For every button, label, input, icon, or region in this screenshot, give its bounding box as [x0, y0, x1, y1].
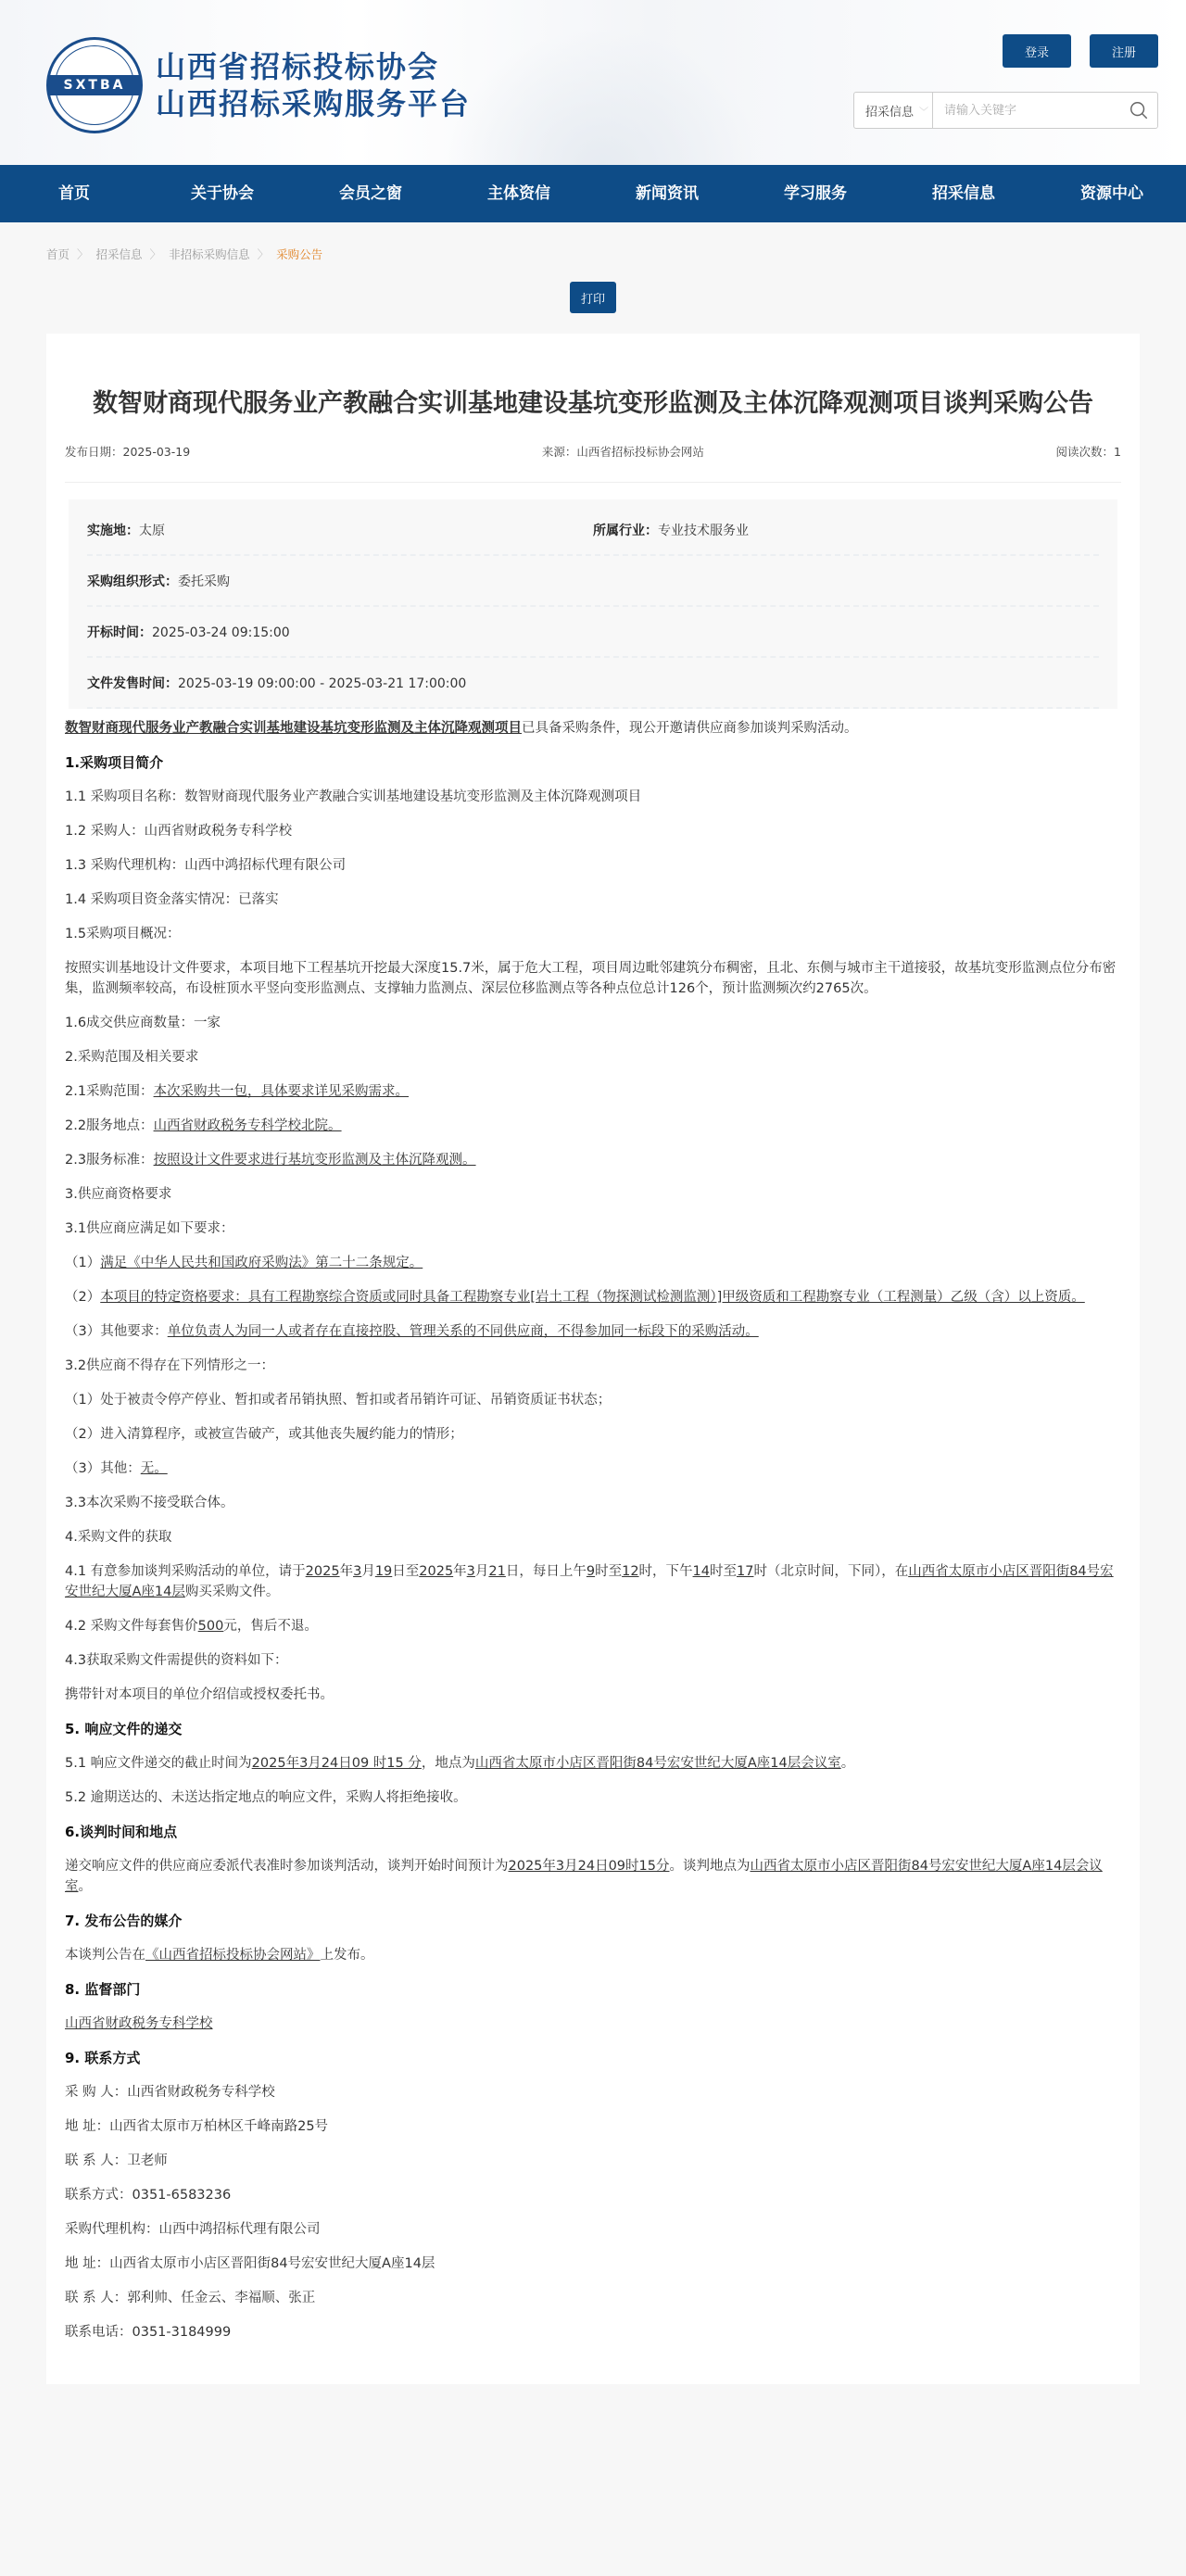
value: 14 — [693, 1564, 710, 1579]
value: 无。 — [141, 1461, 168, 1476]
value: 山西省财政税务专科学校 — [65, 2016, 213, 2031]
breadcrumb-current: 采购公告 — [276, 246, 322, 262]
search-category-select[interactable]: 招采信息 ﹀ — [854, 93, 933, 128]
paragraph: 3.3本次采购不接受联合体。 — [65, 1493, 1121, 1513]
value: 3 — [467, 1564, 475, 1579]
publish-date-label: 发布日期： — [65, 445, 123, 459]
text: 日，每日上午 — [506, 1564, 587, 1579]
text: 本谈判公告在 — [65, 1948, 145, 1963]
value: 本次采购共一包，具体要求详见采购需求。 — [154, 1084, 410, 1099]
label: （1） — [65, 1256, 100, 1270]
label: 2.1采购范围： — [65, 1084, 154, 1099]
paragraph: 3.2供应商不得存在下列情形之一： — [65, 1356, 1121, 1376]
paragraph: 5.1 响应文件递交的截止时间为2025年3月24日09 时15 分，地点为山西… — [65, 1753, 1121, 1774]
article-meta: 发布日期：2025-03-19 来源：山西省招标投标协会网站 阅读次数：1 — [65, 443, 1121, 483]
value: 2025 — [306, 1564, 340, 1579]
text: 时，下午 — [639, 1564, 693, 1579]
paragraph: 3.1供应商应满足如下要求： — [65, 1219, 1121, 1239]
breadcrumb-home[interactable]: 首页 — [46, 246, 69, 262]
text: 。 — [79, 1879, 93, 1894]
info-value: 太原 — [139, 524, 165, 538]
text: 递交响应文件的供应商应委派代表准时参加谈判活动，谈判开始时间预计为 — [65, 1859, 509, 1874]
paragraph: 4.2 采购文件每套售价500元，售后不退。 — [65, 1616, 1121, 1636]
source-label: 来源： — [542, 445, 577, 459]
print-button[interactable]: 打印 — [570, 282, 616, 313]
source: 来源：山西省招标投标协会网站 — [542, 443, 704, 460]
value: 2025年3月24日09 时15 分 — [252, 1756, 422, 1771]
breadcrumb-procurement-info[interactable]: 招采信息 — [96, 246, 143, 262]
contact-line: 联系方式：0351-6583236 — [65, 2185, 1121, 2205]
info-label: 实施地： — [87, 524, 139, 538]
text: 时（北京时间，下同），在 — [753, 1564, 908, 1579]
value: 按照设计文件要求进行基坑变形监测及主体沉降观测。 — [154, 1153, 476, 1168]
section-heading: 5. 响应文件的递交 — [65, 1719, 1121, 1739]
text: 5.1 响应文件递交的截止时间为 — [65, 1756, 252, 1771]
label: （3）其他要求： — [65, 1324, 168, 1339]
nav-item-credit[interactable]: 主体资信 — [445, 165, 593, 222]
register-button[interactable]: 注册 — [1090, 34, 1158, 68]
search-input[interactable] — [933, 104, 1120, 118]
contact-line: 联 系 人：卫老师 — [65, 2151, 1121, 2171]
logo-badge-icon: SXTBA — [46, 37, 143, 133]
breadcrumb: 首页 〉 招采信息 〉 非招标采购信息 〉 采购公告 — [0, 222, 1186, 271]
paragraph: 1.1 采购项目名称：数智财商现代服务业产教融合实训基地建设基坑变形监测及主体沉… — [65, 787, 1121, 807]
paragraph: 1.6成交供应商数量：一家 — [65, 1013, 1121, 1033]
chevron-down-icon: ﹀ — [919, 104, 928, 118]
paragraph: （2）进入清算程序，或被宣告破产，或其他丧失履约能力的情形； — [65, 1424, 1121, 1445]
text: 。 — [841, 1756, 855, 1771]
text: 月 — [475, 1564, 489, 1579]
source-value: 山西省招标投标协会网站 — [576, 445, 704, 459]
page-bottom-spacer — [0, 2384, 1186, 2401]
text: ，地点为 — [422, 1756, 475, 1771]
login-button[interactable]: 登录 — [1003, 34, 1071, 68]
contact-line: 采 购 人：山西省财政税务专科学校 — [65, 2082, 1121, 2102]
paragraph: 1.3 采购代理机构：山西中鸿招标代理有限公司 — [65, 855, 1121, 876]
intro-paragraph: 数智财商现代服务业产教融合实训基地建设基坑变形监测及主体沉降观测项目已具备采购条… — [65, 718, 1121, 739]
site-title-line1: 山西省招标投标协会 — [156, 48, 471, 85]
info-row: 开标时间：2025-03-24 09:15:00 — [87, 607, 1099, 658]
text: 年 — [453, 1564, 467, 1579]
section-heading: 6.谈判时间和地点 — [65, 1822, 1121, 1842]
paragraph: 本谈判公告在《山西省招标投标协会网站》上发布。 — [65, 1945, 1121, 1965]
label: 2.2服务地点： — [65, 1118, 154, 1133]
chevron-right-icon: 〉 — [150, 246, 162, 262]
text: 时至 — [595, 1564, 622, 1579]
info-location: 实施地：太原 — [87, 521, 593, 539]
article: 数智财商现代服务业产教融合实训基地建设基坑变形监测及主体沉降观测项目谈判采购公告… — [46, 334, 1140, 2384]
section-heading: 8. 监督部门 — [65, 1979, 1121, 2000]
paragraph: （3）其他：无。 — [65, 1458, 1121, 1479]
nav-item-procurement[interactable]: 招采信息 — [889, 165, 1038, 222]
paragraph: （1）处于被责令停产停业、暂扣或者吊销执照、暂扣或者吊销许可证、吊销资质证书状态… — [65, 1390, 1121, 1410]
info-open-time: 开标时间：2025-03-24 09:15:00 — [87, 623, 1099, 641]
info-org-form: 采购组织形式：委托采购 — [87, 572, 1099, 590]
info-label: 开标时间： — [87, 625, 152, 640]
value: 19 — [375, 1564, 392, 1579]
article-body: 数智财商现代服务业产教融合实训基地建设基坑变形监测及主体沉降观测项目已具备采购条… — [65, 718, 1121, 2342]
page-title: 数智财商现代服务业产教融合实训基地建设基坑变形监测及主体沉降观测项目谈判采购公告 — [65, 334, 1121, 423]
info-value: 委托采购 — [178, 575, 230, 589]
site-header: SXTBA 山西省招标投标协会 山西招标采购服务平台 登录 注册 招采信息 ﹀ — [0, 0, 1186, 165]
search-button[interactable] — [1120, 100, 1157, 120]
paragraph: 携带针对本项目的单位介绍信或授权委托书。 — [65, 1685, 1121, 1705]
text: 上发布。 — [321, 1948, 374, 1963]
text: 购买采购文件。 — [185, 1585, 280, 1599]
info-row: 采购组织形式：委托采购 — [87, 556, 1099, 607]
paragraph: 1.2 采购人：山西省财政税务专科学校 — [65, 821, 1121, 841]
value: 2025 — [419, 1564, 453, 1579]
section-heading: 9. 联系方式 — [65, 2048, 1121, 2068]
section-heading: 2.采购范围及相关要求 — [65, 1047, 1121, 1067]
section-heading: 1.采购项目简介 — [65, 752, 1121, 773]
value: 12 — [622, 1564, 638, 1579]
label: （2） — [65, 1290, 100, 1305]
value: 21 — [488, 1564, 505, 1579]
paragraph: 按照实训基地设计文件要求，本项目地下工程基坑开挖最大深度15.7米，属于危大工程… — [65, 958, 1121, 999]
contact-line: 采购代理机构：山西中鸿招标代理有限公司 — [65, 2219, 1121, 2240]
chevron-right-icon: 〉 — [77, 246, 89, 262]
label: （3）其他： — [65, 1461, 141, 1476]
label: 2.3服务标准： — [65, 1153, 154, 1168]
info-row: 文件发售时间：2025-03-19 09:00:00 - 2025-03-21 … — [87, 658, 1099, 709]
paragraph: 2.3服务标准：按照设计文件要求进行基坑变形监测及主体沉降观测。 — [65, 1150, 1121, 1170]
info-label: 所属行业： — [593, 524, 658, 538]
paragraph: 2.2服务地点：山西省财政税务专科学校北院。 — [65, 1116, 1121, 1136]
info-label: 采购组织形式： — [87, 575, 178, 589]
view-count: 阅读次数：1 — [1056, 443, 1121, 460]
intro-project-name: 数智财商现代服务业产教融合实训基地建设基坑变形监测及主体沉降观测项目 — [65, 721, 522, 736]
paragraph: 山西省财政税务专科学校 — [65, 2014, 1121, 2034]
paragraph: 4.3获取采购文件需提供的资料如下： — [65, 1650, 1121, 1671]
logo-text: 山西省招标投标协会 山西招标采购服务平台 — [156, 48, 471, 122]
search-bar: 招采信息 ﹀ — [853, 92, 1158, 129]
paragraph: （1）满足《中华人民共和国政府采购法》第二十二条规定。 — [65, 1253, 1121, 1273]
text: 元，售后不退。 — [223, 1619, 318, 1634]
section-heading: 7. 发布公告的媒介 — [65, 1911, 1121, 1931]
value: 单位负责人为同一人或者存在直接控股、管理关系的不同供应商，不得参加同一标段下的采… — [168, 1324, 759, 1339]
paragraph: 1.4 采购项目资金落实情况：已落实 — [65, 890, 1121, 910]
text: 。谈判地点为 — [669, 1859, 750, 1874]
info-value: 专业技术服务业 — [658, 524, 749, 538]
section-heading: 3.供应商资格要求 — [65, 1184, 1121, 1205]
intro-rest: 已具备采购条件，现公开邀请供应商参加谈判采购活动。 — [522, 721, 858, 736]
search-icon — [1129, 100, 1149, 120]
nav-item-news[interactable]: 新闻资讯 — [593, 165, 741, 222]
info-row: 实施地：太原 所属行业：专业技术服务业 — [87, 505, 1099, 556]
value: 山西省财政税务专科学校北院。 — [154, 1118, 342, 1133]
text: 年 — [340, 1564, 354, 1579]
logo-abbr: SXTBA — [49, 75, 140, 95]
paragraph: （3）其他要求：单位负责人为同一人或者存在直接控股、管理关系的不同供应商，不得参… — [65, 1321, 1121, 1342]
value: 本项目的特定资格要求：具有工程勘察综合资质或同时具备工程勘察专业[岩土工程（物探… — [100, 1290, 1085, 1305]
contact-line: 地 址：山西省太原市小店区晋阳街84号宏安世纪大厦A座14层 — [65, 2254, 1121, 2274]
nav-item-resources[interactable]: 资源中心 — [1038, 165, 1186, 222]
nav-item-about[interactable]: 关于协会 — [148, 165, 296, 222]
publish-date: 发布日期：2025-03-19 — [65, 443, 190, 460]
info-value: 2025-03-19 09:00:00 - 2025-03-21 17:00:0… — [178, 676, 466, 691]
value: 《山西省招标投标协会网站》 — [145, 1948, 321, 1963]
publish-date-value: 2025-03-19 — [123, 445, 191, 459]
main-nav: 首页 关于协会 会员之窗 主体资信 新闻资讯 学习服务 招采信息 资源中心 — [0, 165, 1186, 222]
chevron-right-icon: 〉 — [258, 246, 270, 262]
text: 日至 — [392, 1564, 419, 1579]
paragraph: 4.1 有意参加谈判采购活动的单位，请于2025年3月19日至2025年3月21… — [65, 1561, 1121, 1602]
value: 17 — [737, 1564, 753, 1579]
info-box: 实施地：太原 所属行业：专业技术服务业 采购组织形式：委托采购 开标时间：202… — [69, 499, 1117, 709]
view-count-value: 1 — [1114, 445, 1121, 459]
search-category-label: 招采信息 — [865, 102, 914, 120]
site-title-line2: 山西招标采购服务平台 — [156, 85, 471, 122]
contact-line: 联 系 人：郭利帅、任金云、李福顺、张正 — [65, 2288, 1121, 2308]
info-sale-time: 文件发售时间：2025-03-19 09:00:00 - 2025-03-21 … — [87, 674, 1099, 692]
text: 时至 — [710, 1564, 737, 1579]
paragraph: 5.2 逾期送达的、未送达指定地点的响应文件，采购人将拒绝接收。 — [65, 1787, 1121, 1808]
value: 9 — [587, 1564, 595, 1579]
contact-line: 地 址：山西省太原市万柏林区千峰南路25号 — [65, 2116, 1121, 2137]
value: 2025年3月24日09时15分 — [509, 1859, 670, 1874]
contact-line: 联系电话：0351-3184999 — [65, 2322, 1121, 2342]
value: 满足《中华人民共和国政府采购法》第二十二条规定。 — [100, 1256, 423, 1270]
nav-item-members[interactable]: 会员之窗 — [296, 165, 445, 222]
value: 山西省太原市小店区晋阳街84号宏安世纪大厦A座14层会议室 — [475, 1756, 841, 1771]
text: 4.1 有意参加谈判采购活动的单位，请于 — [65, 1564, 306, 1579]
info-label: 文件发售时间： — [87, 676, 178, 691]
info-value: 2025-03-24 09:15:00 — [152, 625, 290, 640]
paragraph: 2.1采购范围：本次采购共一包，具体要求详见采购需求。 — [65, 1081, 1121, 1102]
nav-item-learning[interactable]: 学习服务 — [741, 165, 889, 222]
info-industry: 所属行业：专业技术服务业 — [593, 521, 1099, 539]
text: 月 — [361, 1564, 375, 1579]
value: 3 — [353, 1564, 361, 1579]
breadcrumb-non-tender[interactable]: 非招标采购信息 — [169, 246, 250, 262]
nav-item-home[interactable]: 首页 — [0, 165, 148, 222]
paragraph: 递交响应文件的供应商应委派代表准时参加谈判活动，谈判开始时间预计为2025年3月… — [65, 1856, 1121, 1897]
text: 4.2 采购文件每套售价 — [65, 1619, 198, 1634]
value: 500 — [198, 1619, 224, 1634]
section-heading: 4.采购文件的获取 — [65, 1527, 1121, 1547]
print-bar: 打印 — [0, 271, 1186, 334]
view-count-label: 阅读次数： — [1056, 445, 1115, 459]
auth-buttons: 登录 注册 — [1003, 34, 1158, 68]
paragraph: 1.5采购项目概况： — [65, 924, 1121, 944]
paragraph: （2）本项目的特定资格要求：具有工程勘察综合资质或同时具备工程勘察专业[岩土工程… — [65, 1287, 1121, 1307]
header-background-art — [445, 28, 760, 165]
site-logo[interactable]: SXTBA 山西省招标投标协会 山西招标采购服务平台 — [46, 37, 471, 133]
